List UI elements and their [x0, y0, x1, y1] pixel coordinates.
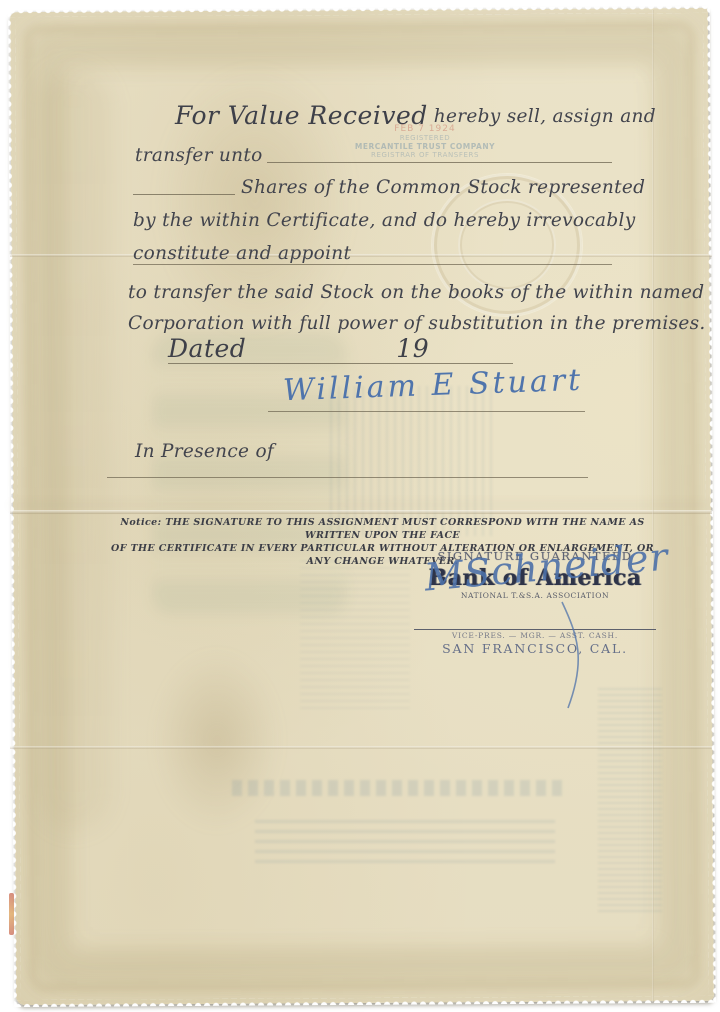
pen-stroke-tail	[540, 598, 600, 713]
dated-label: Dated	[168, 334, 246, 364]
dated-blank-line	[246, 362, 396, 364]
transferee-blank-line	[267, 161, 612, 163]
stamp-spacer	[418, 600, 652, 629]
constitute-text: constitute and appoint	[133, 243, 351, 264]
attorney-blank-line	[133, 264, 612, 265]
officer-titles-line: VICE-PRES. — MGR. — ASST. CASH.	[418, 631, 652, 640]
stamp-signature-line	[414, 629, 656, 630]
signature-guarantee-stamp: SIGNATURE GUARANTEED Bank of America NAT…	[418, 549, 652, 656]
shares-blank-line	[133, 193, 235, 195]
for-value-received-text: For Value Received	[175, 101, 428, 130]
signature-line	[268, 411, 585, 412]
in-presence-label: In Presence of	[135, 441, 274, 462]
stamp-city-line: SAN FRANCISCO, CAL.	[418, 641, 652, 656]
notice-text1: THE SIGNATURE TO THIS ASSIGNMENT MUST CO…	[165, 517, 644, 541]
holder-signature: William E Stuart	[282, 363, 583, 408]
shares-text: Shares of the Common Stock represented	[241, 177, 645, 198]
sell-assign-text: hereby sell, assign and	[434, 106, 656, 127]
year-blank-line	[429, 362, 513, 364]
year-prefix: 19	[396, 334, 429, 364]
witness-line	[107, 477, 588, 478]
transfer-books-text: to transfer the said Stock on the books …	[128, 282, 704, 303]
certificate-back-scan: FEB 7 1924 REGISTERED MERCANTILE TRUST C…	[0, 0, 720, 1012]
notice-line1: Notice: THE SIGNATURE TO THIS ASSIGNMENT…	[100, 516, 665, 542]
transfer-unto-text: transfer unto	[135, 145, 263, 166]
certificate-text: by the within Certificate, and do hereby…	[133, 210, 635, 231]
notice-label: Notice:	[120, 517, 161, 528]
assignment-form: For Value Received hereby sell, assign a…	[0, 0, 720, 1012]
